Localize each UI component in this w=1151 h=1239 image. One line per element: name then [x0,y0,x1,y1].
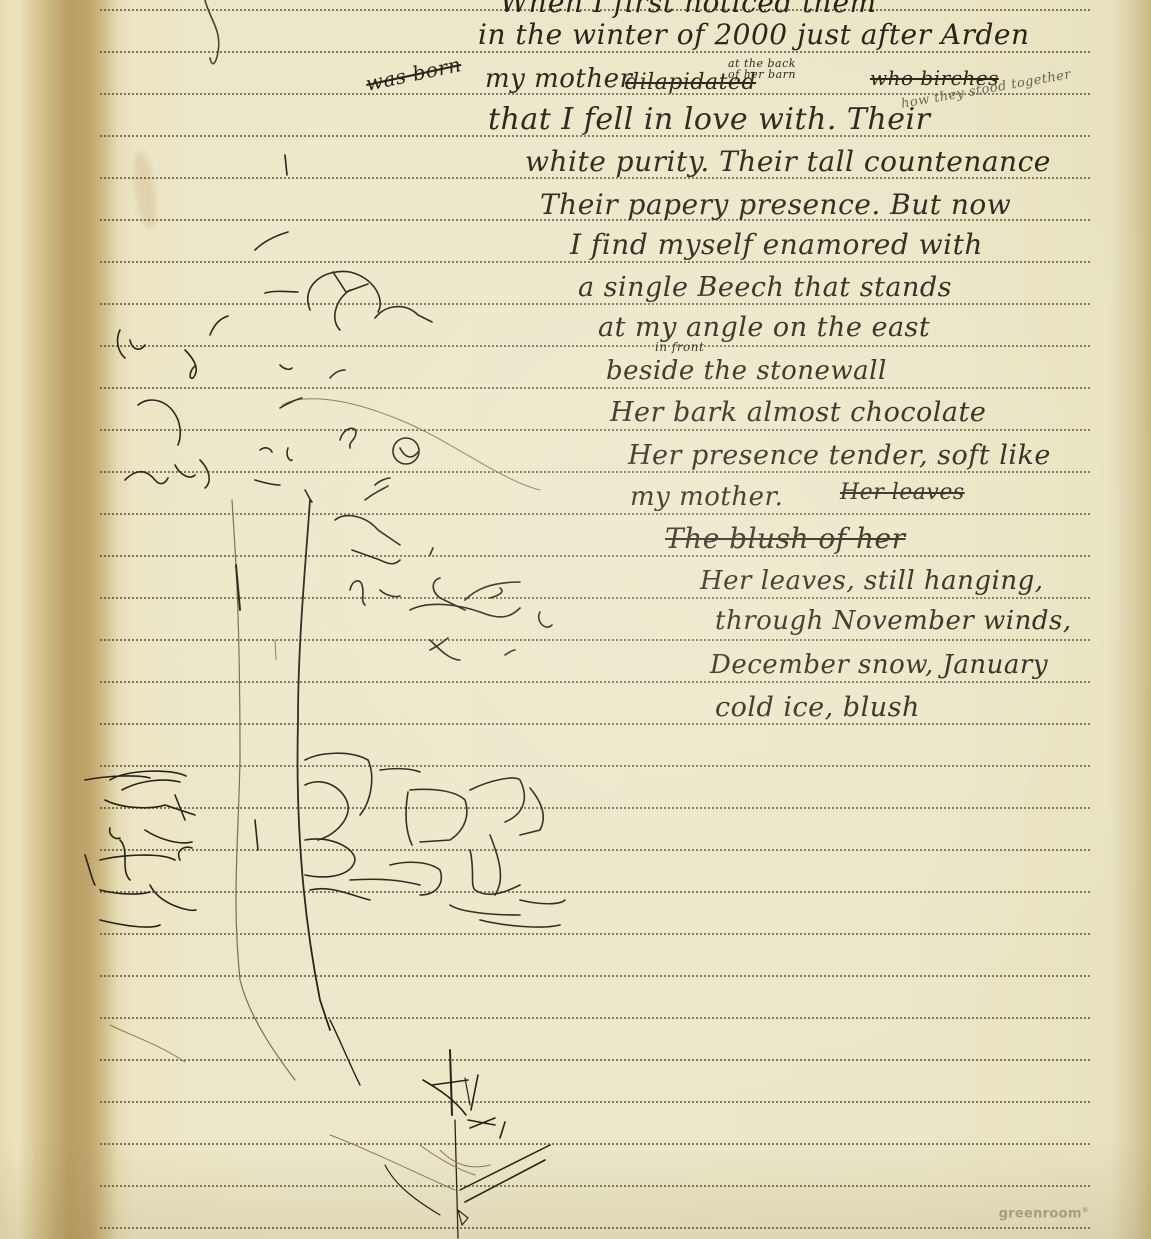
dotted-rule [100,1059,1090,1061]
handwriting-line-2: in the winter of 2000 just after Arden [478,18,1030,51]
dotted-rule [100,933,1090,935]
dotted-rule [100,723,1090,725]
handwriting-insert-note: at the back of her barn [728,58,798,80]
handwriting-line-5: white purity. Their tall countenance [525,145,1051,178]
notebook-page: When I first noticed them in the winter … [0,0,1151,1239]
handwriting-line-16: through November winds, [715,606,1072,636]
dotted-rule [100,345,1090,347]
handwriting-line-8: a single Beech that stands [578,272,952,303]
dotted-rule [100,975,1090,977]
dotted-rule [100,681,1090,683]
dotted-rule [100,429,1090,431]
dotted-rule [100,1143,1090,1145]
dotted-rule [100,849,1090,851]
dotted-rule [100,513,1090,515]
handwriting-line-3: my mother [485,64,632,94]
dotted-rule [100,597,1090,599]
dotted-rule [100,891,1090,893]
handwriting-line-10: beside the stonewall [606,356,887,386]
dotted-rule [100,261,1090,263]
dotted-rule [100,303,1090,305]
dotted-rule [100,51,1090,53]
handwriting-line-18: cold ice, blush [715,692,920,723]
handwriting-line-1: When I first noticed them [500,0,877,19]
handwriting-line-14: The blush of her [665,522,906,555]
handwriting-line-7: I find myself enamored with [570,228,983,261]
handwriting-line-12: Her presence tender, soft like [628,440,1051,471]
dotted-rule [100,639,1090,641]
handwriting-line-6: Their papery presence. But now [540,188,1011,221]
dotted-rule [100,1185,1090,1187]
brand-name: greenroom [999,1206,1082,1221]
dotted-rule [100,1227,1090,1229]
handwriting-line-9: at my angle on the east [598,312,930,343]
dotted-rule [100,807,1090,809]
dotted-rule [100,1101,1090,1103]
handwriting-struck-her-leaves: Her leaves [840,480,965,505]
handwriting-line-17: December snow, January [710,650,1048,680]
dotted-rule [100,1017,1090,1019]
brand-logo: greenroom® [999,1206,1089,1221]
dotted-rule [100,555,1090,557]
handwriting-insert-in-front: in front [655,340,704,354]
dotted-rule [100,765,1090,767]
handwriting-line-11: Her bark almost chocolate [610,397,986,428]
dotted-rule [100,471,1090,473]
dotted-rule [100,387,1090,389]
handwriting-line-4: that I fell in love with. Their [488,102,930,137]
brand-registered-mark: ® [1082,1206,1089,1214]
handwriting-line-15: Her leaves, still hanging, [700,566,1044,596]
handwriting-line-13: my mother. [630,482,783,512]
